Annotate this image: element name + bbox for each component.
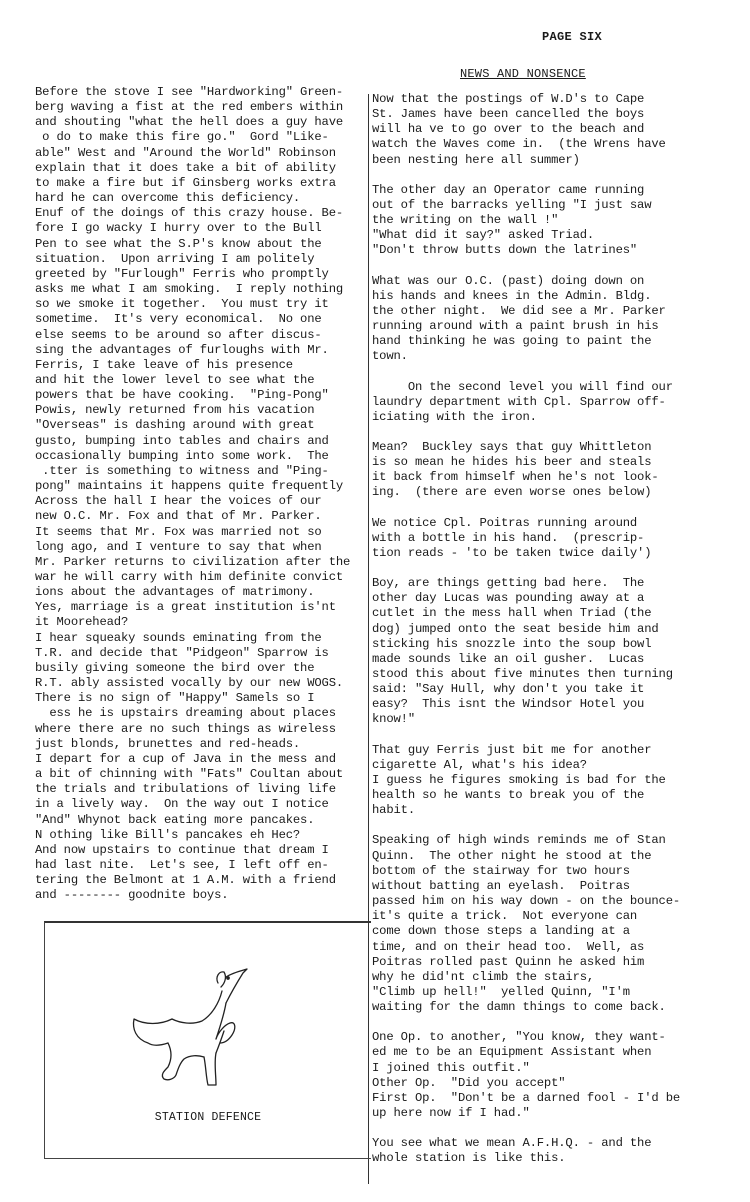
text-line: Mean? Buckley says that guy Whittleton [372, 440, 732, 455]
text-line: T.R. and decide that "Pidgeon" Sparrow i… [35, 646, 365, 661]
text-line: ed me to be an Equipment Assistant when [372, 1045, 732, 1060]
section-title: NEWS AND NONSENCE [460, 67, 586, 81]
paragraph-gap [372, 1121, 732, 1136]
text-line: Across the hall I hear the voices of our [35, 494, 365, 509]
paragraph: We notice Cpl. Poitras running aroundwit… [372, 516, 732, 561]
text-line: iciating with the iron. [372, 410, 732, 425]
text-line: tering the Belmont at 1 A.M. with a frie… [35, 873, 365, 888]
text-line: Quinn. The other night he stood at the [372, 849, 732, 864]
text-line: had last nite. Let's see, I left off en- [35, 858, 365, 873]
text-line: watch the Waves come in. (the Wrens have [372, 137, 732, 152]
text-line: The other day an Operator came running [372, 183, 732, 198]
paragraph: Mean? Buckley says that guy Whittletonis… [372, 440, 732, 501]
paragraph-gap [372, 561, 732, 576]
text-line: I depart for a cup of Java in the mess a… [35, 752, 365, 767]
text-line: I guess he figures smoking is bad for th… [372, 773, 732, 788]
text-line: ess he is upstairs dreaming about places [35, 706, 365, 721]
text-line: the other night. We did see a Mr. Parker [372, 304, 732, 319]
paragraph-gap [372, 1015, 732, 1030]
text-line: explain that it does take a bit of abili… [35, 161, 365, 176]
text-line: cigarette Al, what's his idea? [372, 758, 732, 773]
text-line: gusto, bumping into tables and chairs an… [35, 434, 365, 449]
text-line: Other Op. "Did you accept" [372, 1076, 732, 1091]
text-line: a bit of chinning with "Fats" Coultan ab… [35, 767, 365, 782]
paragraph: The other day an Operator came runningou… [372, 183, 732, 259]
text-line: situation. Upon arriving I am politely [35, 252, 365, 267]
paragraph: Speaking of high winds reminds me of Sta… [372, 833, 732, 1015]
text-line: to make a fire but if Ginsberg works ext… [35, 176, 365, 191]
text-line: the writing on the wall !" [372, 213, 732, 228]
text-line: waiting for the damn things to come back… [372, 1000, 732, 1015]
text-line: fore I go wacky I hurry over to the Bull [35, 221, 365, 236]
text-line: sometime. It's very economical. No one [35, 312, 365, 327]
text-line: Yes, marriage is a great institution is'… [35, 600, 365, 615]
text-line: with a bottle in his hand. (prescrip- [372, 531, 732, 546]
text-line: it back from himself when he's not look- [372, 470, 732, 485]
text-line: in a lively way. On the way out I notice [35, 797, 365, 812]
text-line: powers that be have cooking. "Ping-Pong" [35, 388, 365, 403]
text-line: is so mean he hides his beer and steals [372, 455, 732, 470]
text-line: occasionally bumping into some work. The [35, 449, 365, 464]
text-line: asks me what I am smoking. I reply nothi… [35, 282, 365, 297]
text-line: It seems that Mr. Fox was married not so [35, 525, 365, 540]
text-line: else seems to be around so after discus- [35, 328, 365, 343]
text-line: "And" Whynot back eating more pancakes. [35, 813, 365, 828]
text-line: why he did'nt climb the stairs, [372, 970, 732, 985]
text-line: ing. (there are even worse ones below) [372, 485, 732, 500]
paragraph-gap [372, 818, 732, 833]
text-line: sing the advantages of furloughs with Mr… [35, 343, 365, 358]
paragraph: That guy Ferris just bit me for anotherc… [372, 743, 732, 819]
text-line: You see what we mean A.F.H.Q. - and the [372, 1136, 732, 1151]
text-line: easy? This isnt the Windsor Hotel you [372, 697, 732, 712]
text-line: town. [372, 349, 732, 364]
text-line: What was our O.C. (past) doing down on [372, 274, 732, 289]
text-line: First Op. "Don't be a darned fool - I'd … [372, 1091, 732, 1106]
paragraph: You see what we mean A.F.H.Q. - and thew… [372, 1136, 732, 1166]
text-line: Enuf of the doings of this crazy house. … [35, 206, 365, 221]
paragraph: What was our O.C. (past) doing down onhi… [372, 274, 732, 365]
text-line: Pen to see what the S.P's know about the [35, 237, 365, 252]
left-column: Before the stove I see "Hardworking" Gre… [35, 85, 365, 903]
text-line: it Moorehead? [35, 615, 365, 630]
text-line: passed him on his way down - on the boun… [372, 894, 732, 909]
text-line: berg waving a fist at the red embers wit… [35, 100, 365, 115]
text-line: Now that the postings of W.D's to Cape [372, 92, 732, 107]
text-line: Poitras rolled past Quinn he asked him [372, 955, 732, 970]
text-line: "Don't throw butts down the latrines" [372, 243, 732, 258]
text-line: busily giving someone the bird over the [35, 661, 365, 676]
text-line: out of the barracks yelling "I just saw [372, 198, 732, 213]
text-line: health so he wants to break you of the [372, 788, 732, 803]
text-line: other day Lucas was pounding away at a [372, 591, 732, 606]
page-number: PAGE SIX [542, 30, 602, 44]
text-line: habit. [372, 803, 732, 818]
text-line: long ago, and I venture to say that when [35, 540, 365, 555]
text-line: sticking his snozzle into the soup bowl [372, 637, 732, 652]
text-line: able" West and "Around the World" Robins… [35, 146, 365, 161]
figure-caption: STATION DEFENCE [45, 1111, 371, 1124]
text-line: Boy, are things getting bad here. The [372, 576, 732, 591]
paragraph-gap [372, 168, 732, 183]
paragraph: Now that the postings of W.D's to CapeSt… [372, 92, 732, 168]
text-line: hard he can overcome this deficiency. [35, 191, 365, 206]
paragraph-gap [372, 501, 732, 516]
text-line: R.T. ably assisted vocally by our new WO… [35, 676, 365, 691]
text-line: "Overseas" is dashing around with great [35, 418, 365, 433]
text-line: laundry department with Cpl. Sparrow off… [372, 395, 732, 410]
paragraph-gap [372, 365, 732, 380]
text-line: so we smoke it together. You must try it [35, 297, 365, 312]
text-line: time, and on their head too. Well, as [372, 940, 732, 955]
text-line: Before the stove I see "Hardworking" Gre… [35, 85, 365, 100]
text-line: it's quite a trick. Not everyone can [372, 909, 732, 924]
text-line: Mr. Parker returns to civilization after… [35, 555, 365, 570]
text-line: cutlet in the mess hall when Triad (the [372, 606, 732, 621]
text-line: will ha ve to go over to the beach and [372, 122, 732, 137]
paragraph-gap [372, 728, 732, 743]
text-line: St. James have been cancelled the boys [372, 107, 732, 122]
text-line: pong" maintains it happens quite frequen… [35, 479, 365, 494]
text-line: I hear squeaky sounds eminating from the [35, 631, 365, 646]
text-line: whole station is like this. [372, 1151, 732, 1166]
paragraph-gap [372, 259, 732, 274]
text-line: There is no sign of "Happy" Samels so I [35, 691, 365, 706]
right-column: Now that the postings of W.D's to CapeSt… [372, 92, 732, 1167]
text-line: and -------- goodnite boys. [35, 888, 365, 903]
text-line: new O.C. Mr. Fox and that of Mr. Parker. [35, 509, 365, 524]
text-line: I joined this outfit." [372, 1061, 732, 1076]
text-line: and shouting "what the hell does a guy h… [35, 115, 365, 130]
text-line: running around with a paint brush in his [372, 319, 732, 334]
text-line: "What did it say?" asked Triad. [372, 228, 732, 243]
text-line: "Climb up hell!" yelled Quinn, "I'm [372, 985, 732, 1000]
text-line: N othing like Bill's pancakes eh Hec? [35, 828, 365, 843]
text-line: ions about the advantages of matrimony. [35, 585, 365, 600]
text-line: and hit the lower level to see what the [35, 373, 365, 388]
text-line: know!" [372, 712, 732, 727]
figure-box: STATION DEFENCE [44, 921, 371, 1159]
text-line: war he will carry with him definite conv… [35, 570, 365, 585]
text-line: tion reads - 'to be taken twice daily') [372, 546, 732, 561]
text-line: come down those steps a landing at a [372, 924, 732, 939]
text-line: Ferris, I take leave of his presence [35, 358, 365, 373]
paragraph: Before the stove I see "Hardworking" Gre… [35, 85, 365, 903]
text-line: stood this about five minutes then turni… [372, 667, 732, 682]
text-line: been nesting here all summer) [372, 153, 732, 168]
text-line: dog) jumped onto the seat beside him and [372, 622, 732, 637]
text-line: On the second level you will find our [372, 380, 732, 395]
text-line: o do to make this fire go." Gord "Like- [35, 130, 365, 145]
text-line: We notice Cpl. Poitras running around [372, 516, 732, 531]
text-line: hand thinking he was going to paint the [372, 334, 732, 349]
paragraph: On the second level you will find ourlau… [372, 380, 732, 425]
text-line: bottom of the stairway for two hours [372, 864, 732, 879]
paragraph: One Op. to another, "You know, they want… [372, 1030, 732, 1121]
text-line: his hands and knees in the Admin. Bldg. [372, 289, 732, 304]
text-line: without batting an eyelash. Poitras [372, 879, 732, 894]
text-line: up here now if I had." [372, 1106, 732, 1121]
text-line: Powis, newly returned from his vacation [35, 403, 365, 418]
paragraph-gap [372, 425, 732, 440]
text-line: .tter is something to witness and "Ping- [35, 464, 365, 479]
text-line: That guy Ferris just bit me for another [372, 743, 732, 758]
text-line: greeted by "Furlough" Ferris who promptl… [35, 267, 365, 282]
text-line: said: "Say Hull, why don't you take it [372, 682, 732, 697]
paragraph: Boy, are things getting bad here. Theoth… [372, 576, 732, 728]
text-line: made sounds like an oil gusher. Lucas [372, 652, 732, 667]
dog-sketch-icon [120, 963, 270, 1093]
text-line: And now upstairs to continue that dream … [35, 843, 365, 858]
text-line: just blonds, brunettes and red-heads. [35, 737, 365, 752]
text-line: the trials and tribulations of living li… [35, 782, 365, 797]
text-line: One Op. to another, "You know, they want… [372, 1030, 732, 1045]
text-line: where there are no such things as wirele… [35, 722, 365, 737]
text-line: Speaking of high winds reminds me of Sta… [372, 833, 732, 848]
